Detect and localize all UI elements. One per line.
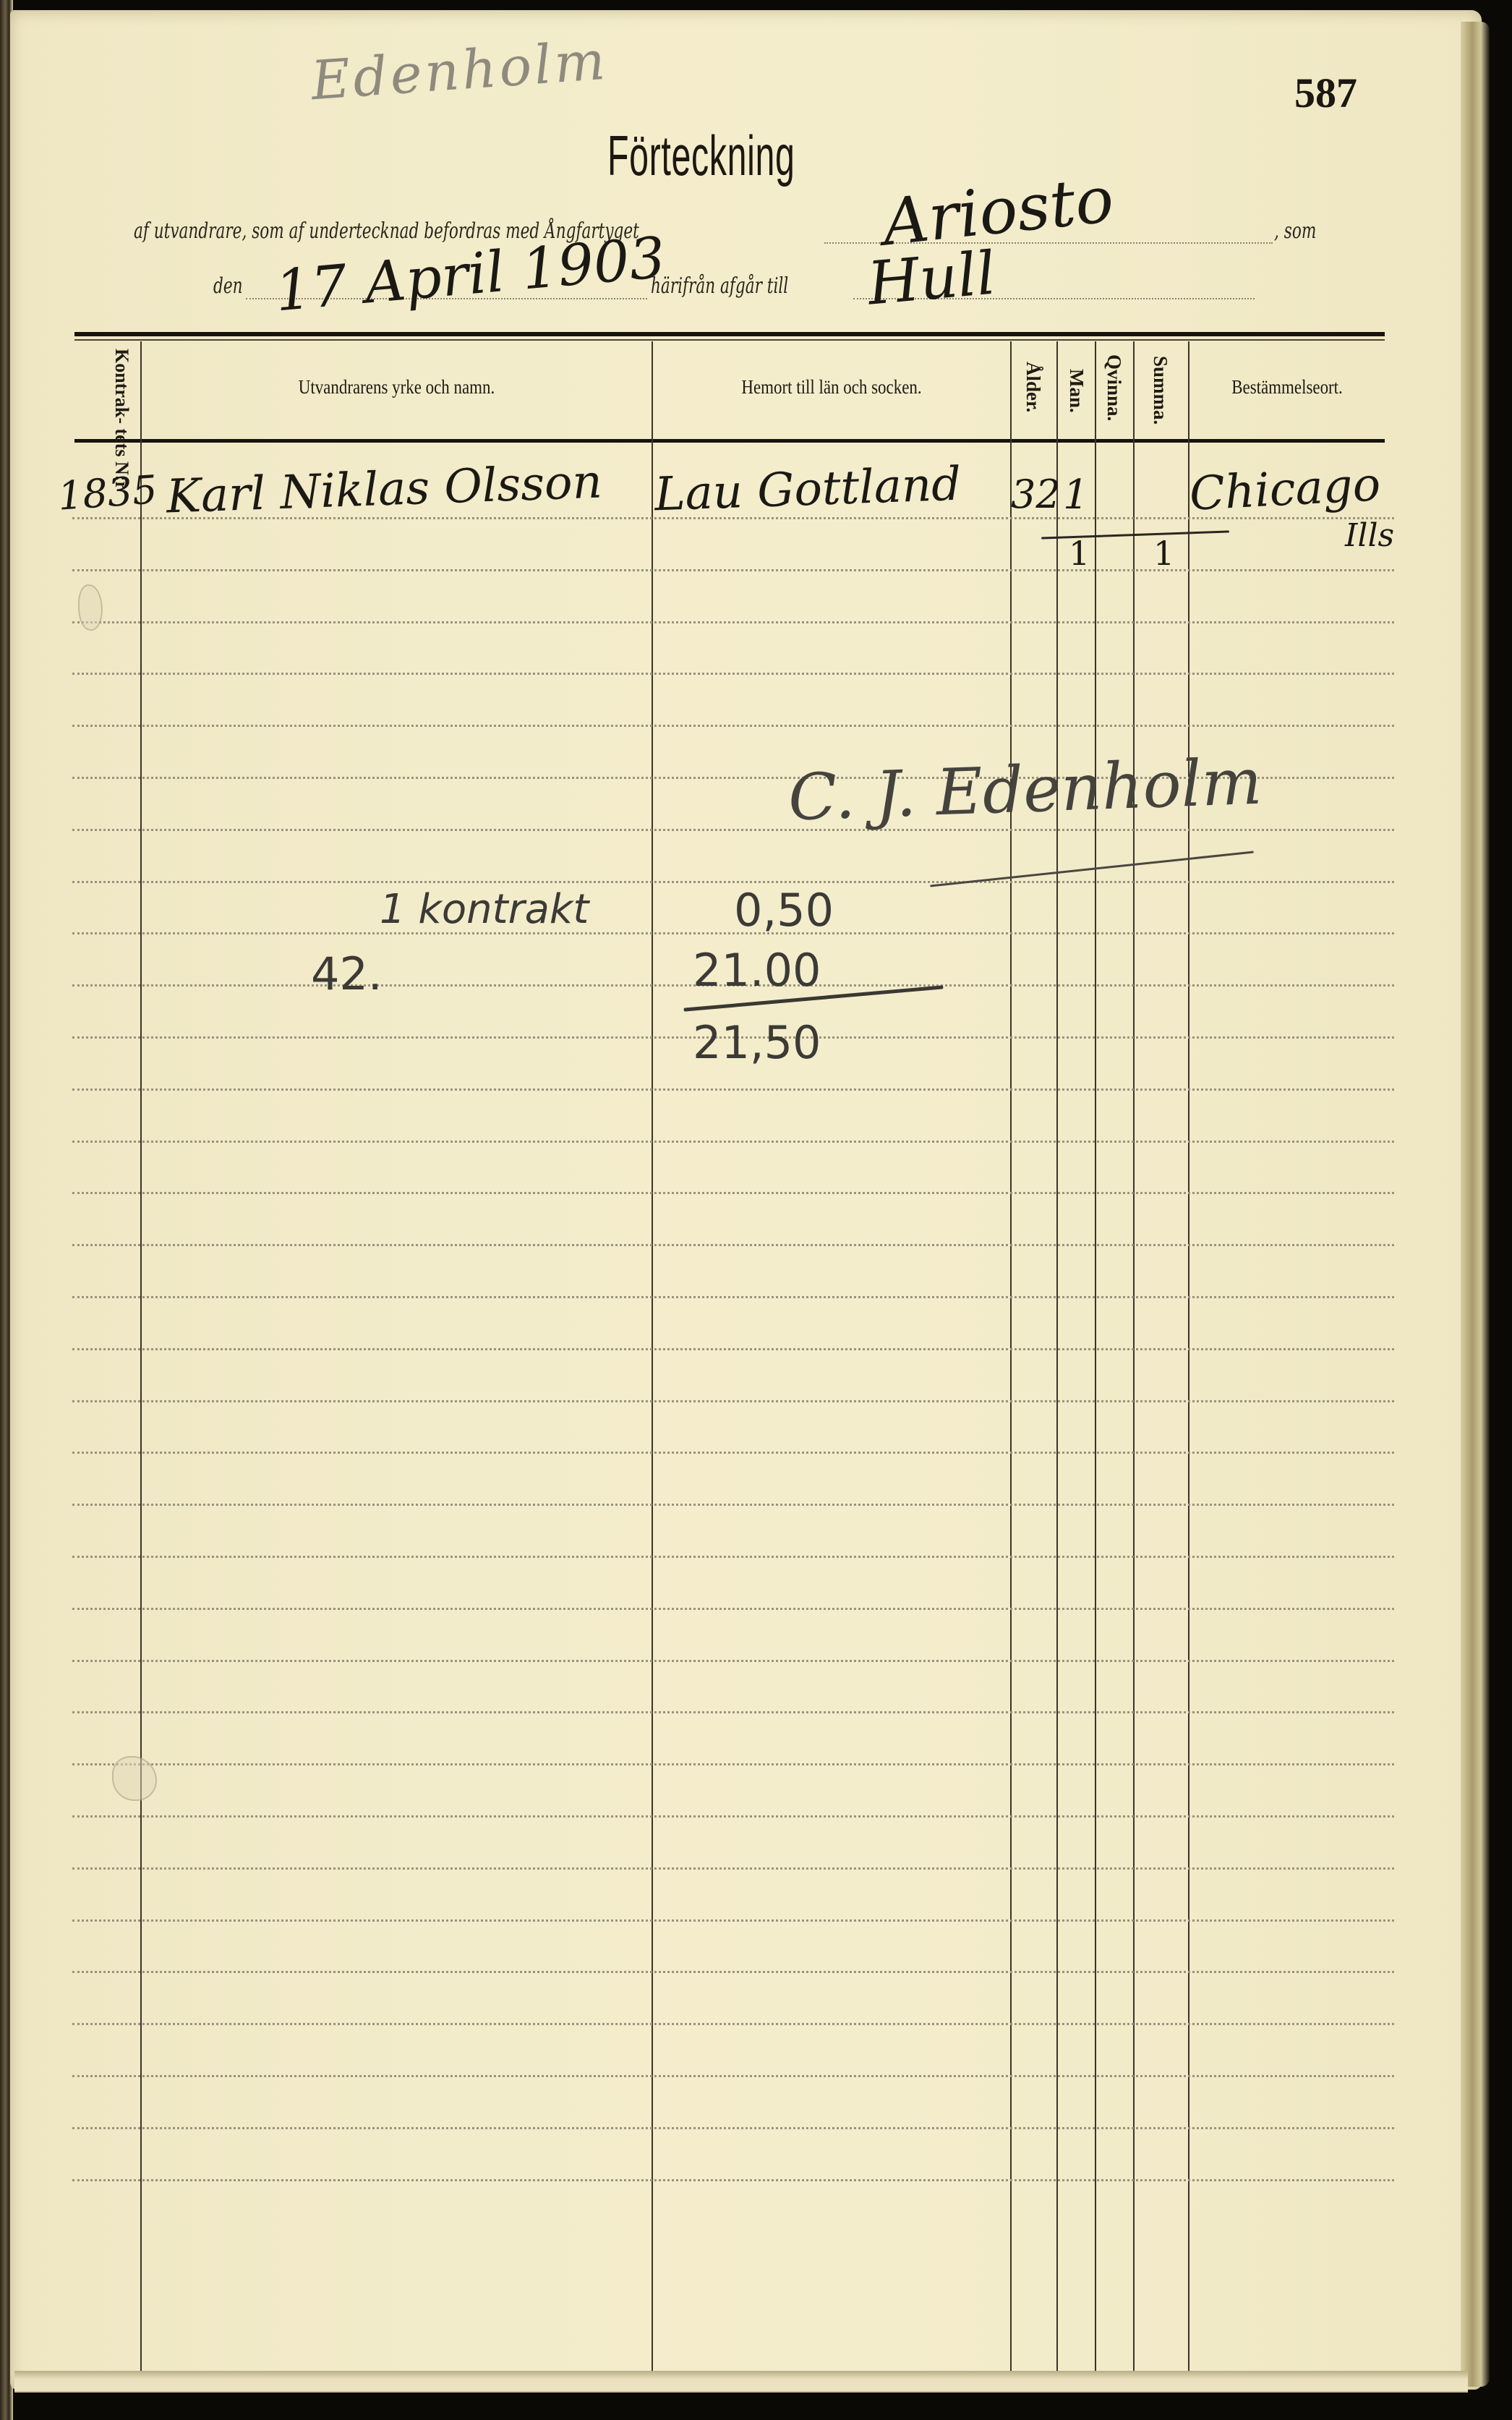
header-home: Hemort till län och socken. [680,376,983,399]
cell-destination: Chicago [1188,458,1382,521]
row-ruling [72,1296,1394,1298]
row-ruling [72,1244,1394,1246]
header-destination: Bestämmelseort. [1204,376,1370,399]
header-name: Utvandrarens yrke och namn. [180,376,613,399]
header-male: Man. [1066,369,1088,413]
row-ruling [72,881,1394,883]
page-title: Förteckning [607,123,795,189]
fee-total: 21,50 [693,1016,821,1069]
preamble-line2-prefix: den [213,273,243,299]
row-ruling [72,673,1394,675]
row-ruling [72,1348,1394,1350]
fee-contract-label: 1 kontrakt [380,886,589,933]
row-ruling [72,932,1394,934]
destination-port: Hull [865,239,998,318]
row-ruling [72,1192,1394,1194]
total-male: 1 [1069,534,1090,573]
row-ruling [72,1504,1394,1506]
row-ruling [72,1608,1394,1610]
total-sum: 1 [1153,534,1174,573]
row-ruling [72,1556,1394,1558]
preamble-line2-middle: härifrån afgår till [651,273,788,299]
row-ruling [72,1815,1394,1818]
row-ruling [72,569,1394,571]
column-divider-female [1133,341,1135,2379]
row-ruling [72,725,1394,727]
row-ruling [72,1711,1394,1713]
header-sum: Summa. [1150,356,1171,425]
register-page [10,10,1482,2390]
preamble-line1-suffix: , som [1274,218,1316,244]
fee-passenger-amount: 21.00 [693,944,821,997]
row-ruling [72,1867,1394,1870]
column-divider-male [1095,341,1096,2379]
header-contract-no: Kontrak- tets N:r [82,349,132,435]
header-contract-no-line1: Kontrak- [111,349,132,424]
row-ruling [72,1920,1394,1922]
row-ruling [72,1452,1394,1454]
table-top-rule [74,332,1385,336]
page-stack-edge [1461,22,1490,2387]
column-divider-name [652,341,653,2379]
table-top-rule-thin [74,339,1385,341]
header-female: Qvinna. [1103,354,1125,421]
row-ruling [72,2179,1394,2181]
page-bottom-edge [14,2371,1468,2393]
row-ruling [72,1660,1394,1662]
header-age: Ålder. [1022,362,1044,412]
cell-male: 1 [1063,472,1089,519]
cell-age: 32 [1011,472,1061,517]
row-ruling [72,2075,1394,2077]
row-ruling [72,2023,1394,2025]
row-ruling [72,2127,1394,2129]
row-ruling [72,1088,1394,1091]
page-number: 587 [1294,69,1357,117]
cell-contract-no: 1835 [56,466,158,519]
column-divider-home [1010,341,1012,2379]
cell-destination-state: Ills [1345,517,1394,554]
column-divider-age [1056,341,1058,2379]
column-divider-sum [1188,341,1189,2379]
row-ruling [72,829,1394,831]
row-ruling [72,1141,1394,1143]
row-ruling [72,1400,1394,1402]
cell-home: Lau Gottland [654,458,962,522]
row-ruling [72,621,1394,623]
row-ruling [72,1763,1394,1765]
row-ruling [72,1971,1394,1973]
fee-passenger-count: 42. [311,947,383,1000]
column-divider-contract [140,341,142,2379]
fee-contract-amount: 0,50 [734,884,834,937]
